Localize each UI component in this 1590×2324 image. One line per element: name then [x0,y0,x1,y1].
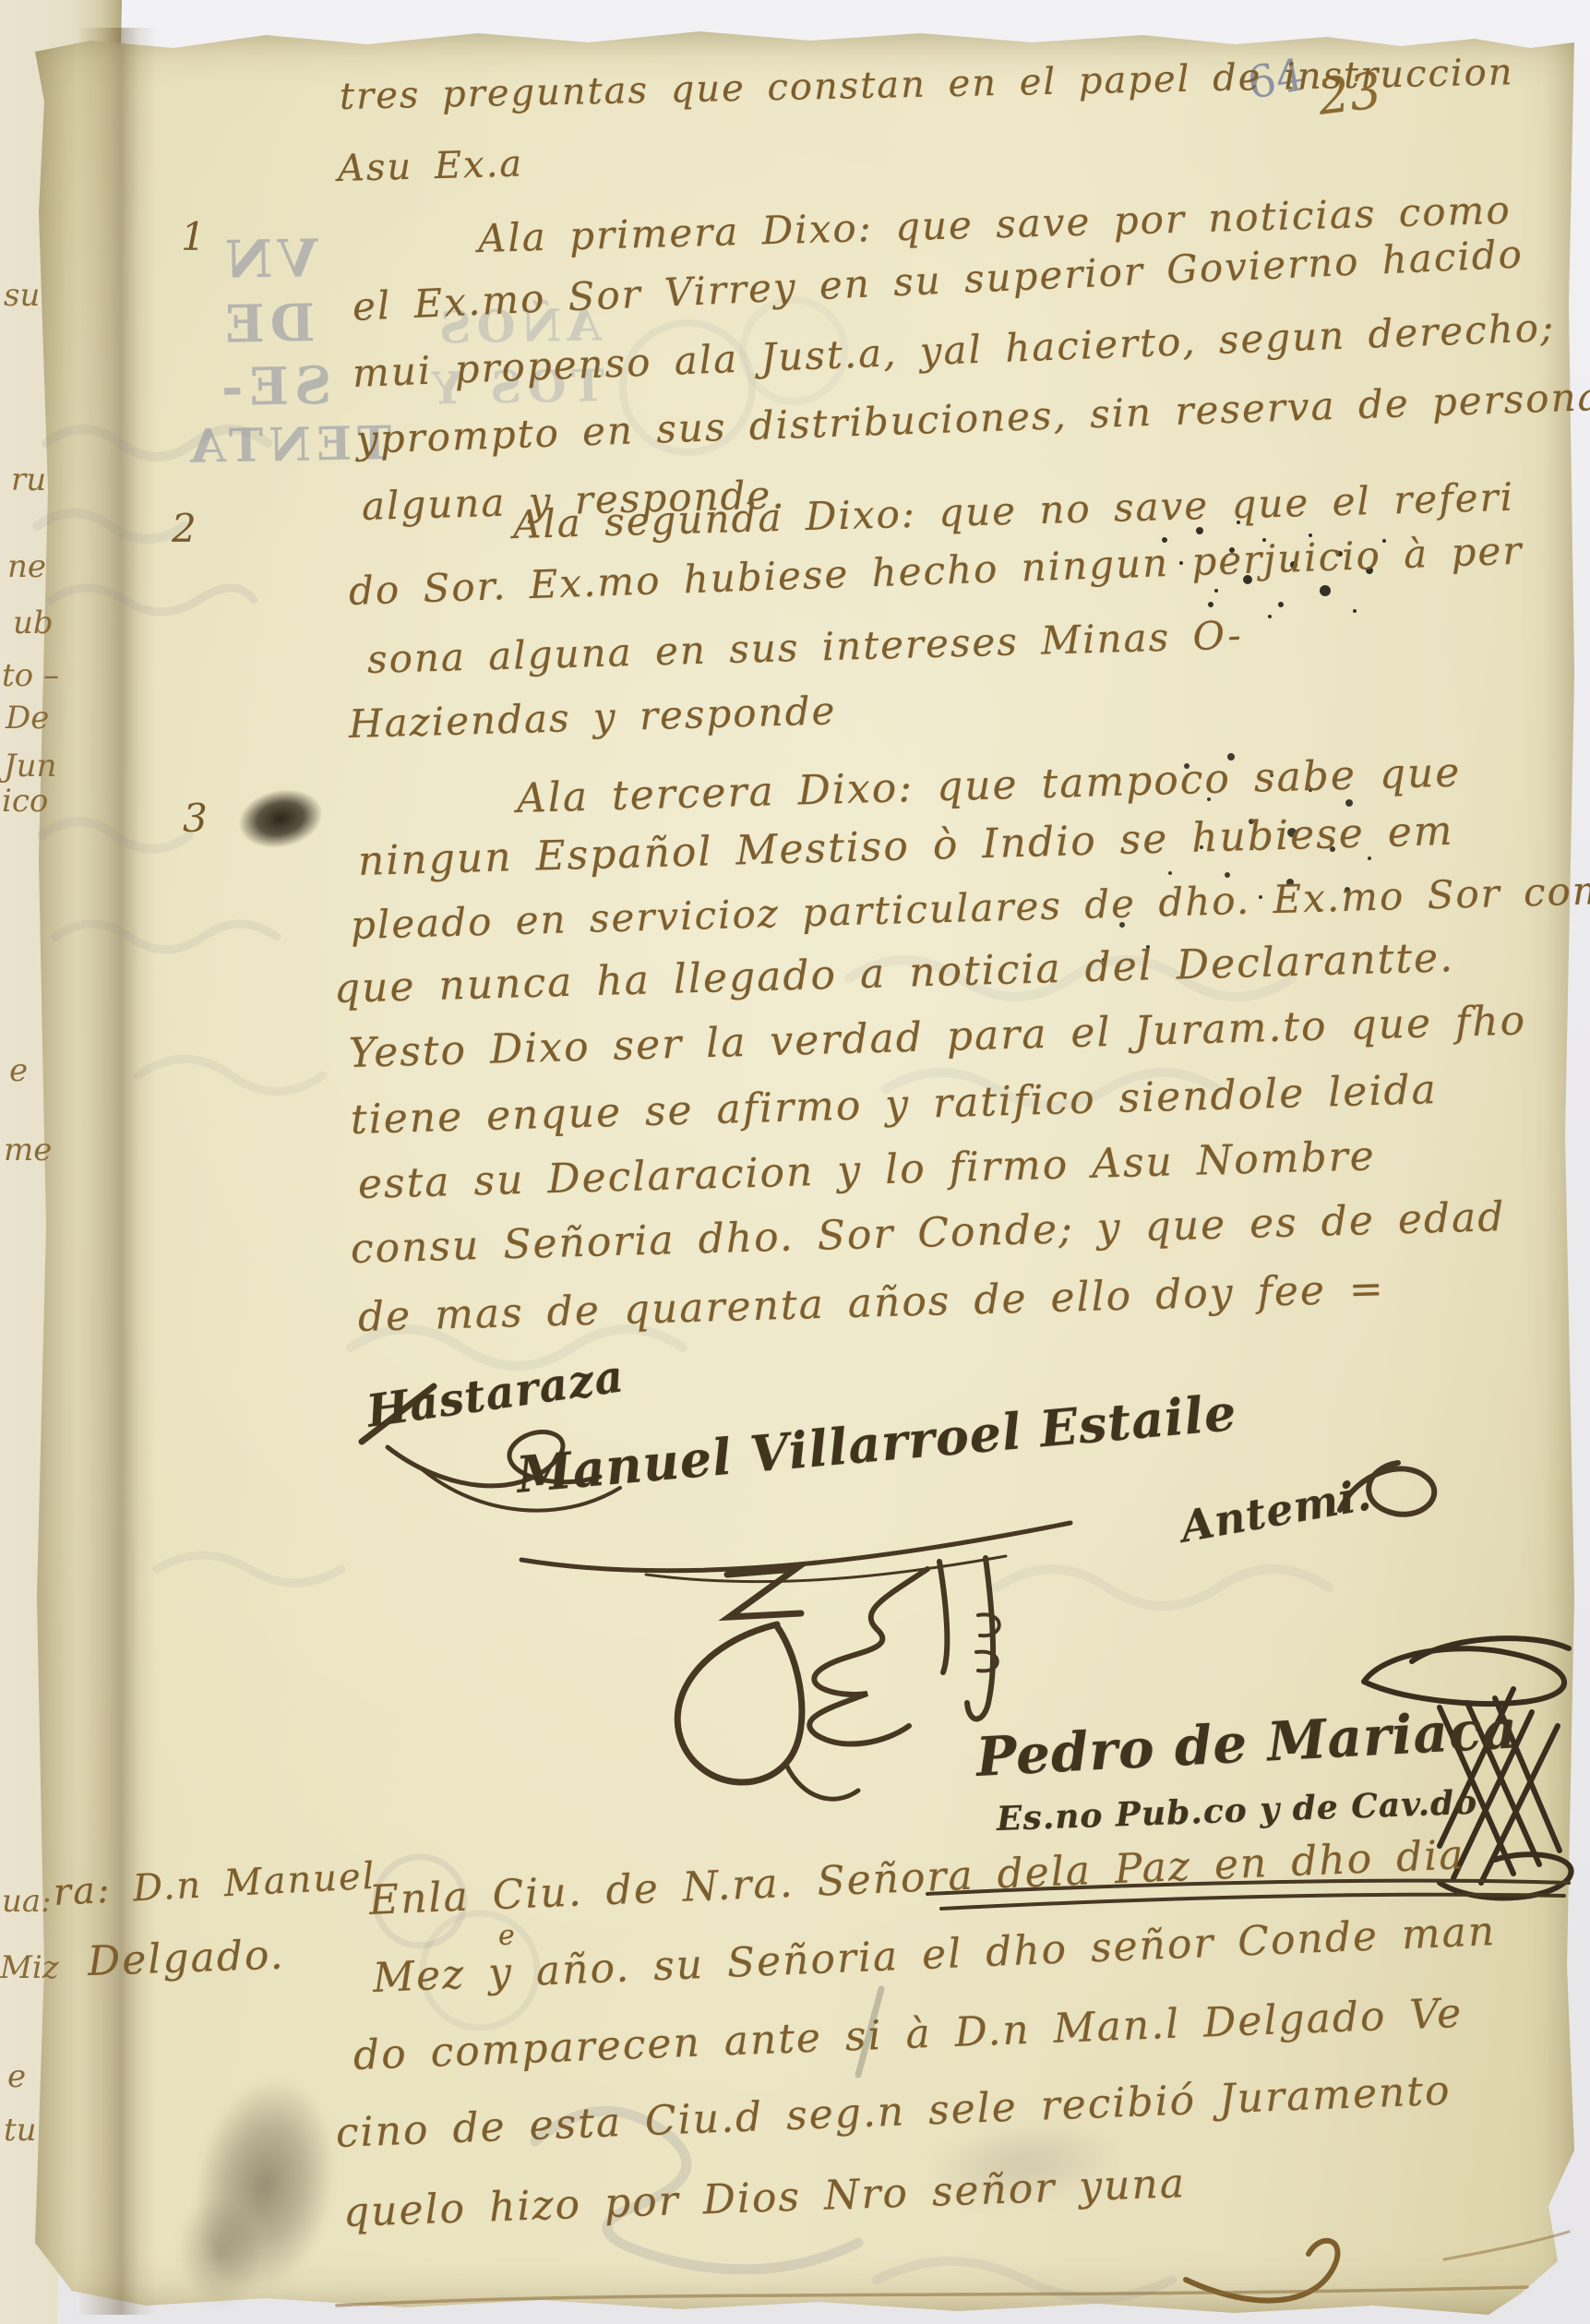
edge-fragment: ico [2,783,48,820]
edge-fragment: ub [13,605,54,641]
margin-number: 3 [183,796,208,841]
edge-fragment: ru [11,461,46,498]
edge-fragment: Jun [4,748,56,785]
edge-fragment: ua: [2,1883,52,1920]
edge-fragment: su [4,277,40,314]
text-line: Asu Ex.a [337,142,523,190]
manuscript-photo: VN DE SE- TENTA AÑOS TOS Y 64 23 [0,0,1590,2324]
edge-fragment: me [4,1132,52,1168]
edge-fragment: to – [2,657,59,694]
margin-note: Delgado. [87,1932,285,1985]
margin-number: 2 [172,506,197,551]
edge-fragment: e [7,2058,26,2095]
edge-fragment: De [6,700,49,737]
edge-fragment: Miz [0,1949,59,1986]
edge-fragment: tu [4,2112,37,2149]
margin-number: 1 [181,214,206,259]
superscript-letter: e [498,1919,518,1952]
edge-fragment: ne [7,548,46,585]
edge-fragment: e [9,1052,28,1089]
